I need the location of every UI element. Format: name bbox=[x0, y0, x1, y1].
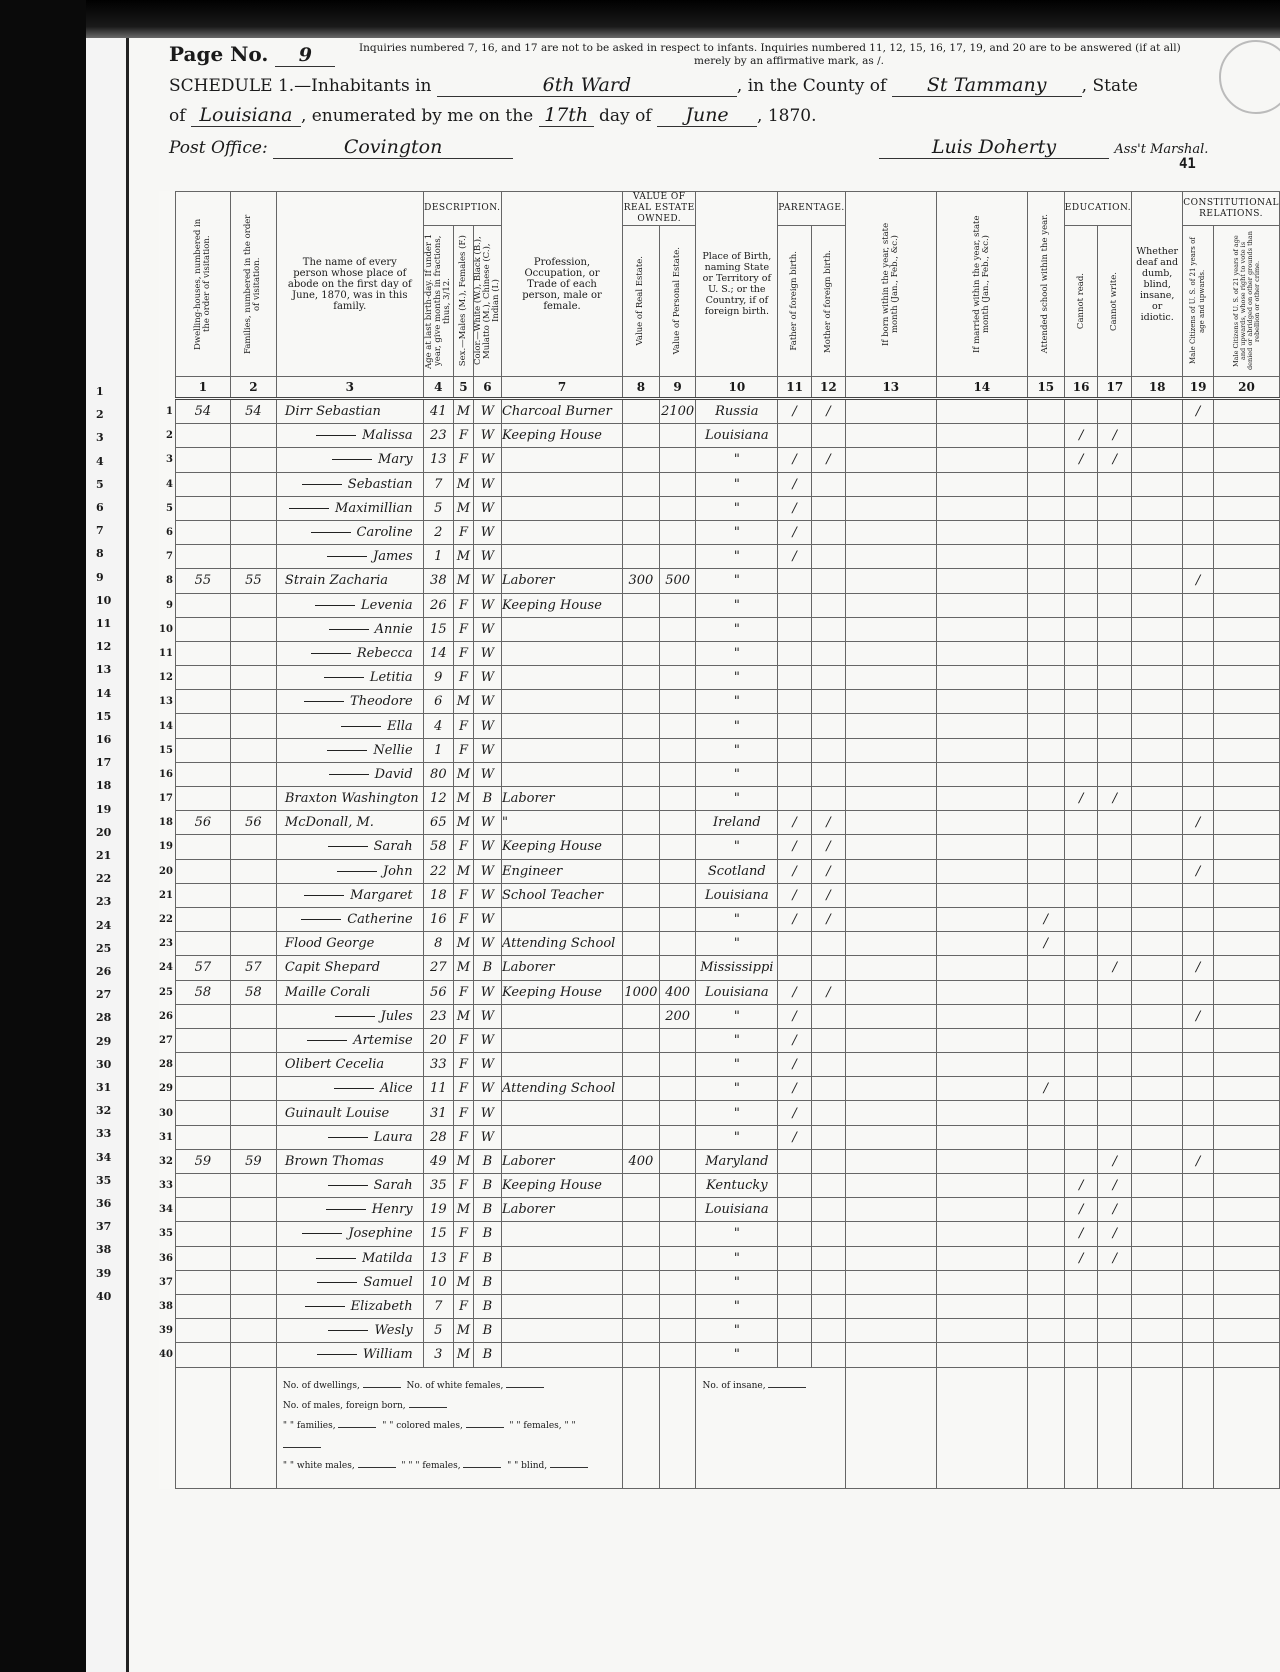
vote-denied-mark bbox=[1214, 569, 1280, 593]
table-row: 39Wesly5MB" bbox=[159, 1319, 1280, 1343]
married-within-year bbox=[936, 641, 1027, 665]
born-within-year bbox=[845, 835, 936, 859]
family-number bbox=[230, 714, 276, 738]
mother-foreign-mark: / bbox=[812, 883, 846, 907]
married-within-year bbox=[936, 399, 1027, 424]
vote-denied-mark bbox=[1214, 1198, 1280, 1222]
mother-foreign-mark bbox=[812, 1294, 846, 1318]
age: 11 bbox=[423, 1077, 453, 1101]
cannot-read-mark bbox=[1064, 472, 1098, 496]
ditto-dash bbox=[327, 750, 367, 751]
person-name: Laura bbox=[276, 1125, 423, 1149]
age: 15 bbox=[423, 617, 453, 641]
family-number bbox=[230, 1343, 276, 1367]
personal-estate-value: 200 bbox=[659, 1004, 696, 1028]
cannot-read-mark bbox=[1064, 569, 1098, 593]
male-citizen-mark bbox=[1183, 1222, 1214, 1246]
attended-school-mark bbox=[1027, 690, 1064, 714]
personal-estate-value bbox=[659, 1028, 696, 1052]
personal-estate-value: 400 bbox=[659, 980, 696, 1004]
father-foreign-mark: / bbox=[778, 1125, 812, 1149]
real-estate-value bbox=[623, 496, 660, 520]
dwelling-number bbox=[175, 1053, 230, 1077]
person-name: Alice bbox=[276, 1077, 423, 1101]
division-field: 6th Ward bbox=[437, 74, 737, 97]
father-foreign-mark bbox=[778, 1343, 812, 1367]
married-within-year bbox=[936, 932, 1027, 956]
age: 6 bbox=[423, 690, 453, 714]
mother-foreign-mark bbox=[812, 545, 846, 569]
ditto-dash bbox=[341, 726, 381, 727]
header-dwelling: Dwelling-houses, numbered in the order o… bbox=[175, 192, 230, 377]
ditto-dash bbox=[328, 846, 368, 847]
column-number: 15 bbox=[1027, 377, 1064, 399]
sex: M bbox=[453, 399, 473, 424]
personal-estate-value bbox=[659, 714, 696, 738]
occupation bbox=[501, 496, 622, 520]
father-foreign-mark bbox=[778, 1246, 812, 1270]
disability bbox=[1132, 738, 1183, 762]
sex: M bbox=[453, 932, 473, 956]
occupation bbox=[501, 1246, 622, 1270]
mother-foreign-mark bbox=[812, 738, 846, 762]
post-office-field: Covington bbox=[273, 136, 513, 159]
margin-line-number: 22 bbox=[96, 872, 111, 885]
real-estate-value bbox=[623, 811, 660, 835]
column-number: 6 bbox=[473, 377, 501, 399]
real-estate-value bbox=[623, 1077, 660, 1101]
binding-margin: 1234567891011121314151617181920212223242… bbox=[86, 38, 129, 1672]
born-within-year bbox=[845, 399, 936, 424]
margin-line-number: 24 bbox=[96, 919, 111, 932]
line-number: 13 bbox=[159, 690, 175, 714]
family-number bbox=[230, 1125, 276, 1149]
male-citizen-mark bbox=[1183, 1294, 1214, 1318]
male-citizen-mark bbox=[1183, 641, 1214, 665]
sex: M bbox=[453, 762, 473, 786]
real-estate-value bbox=[623, 738, 660, 762]
vote-denied-mark bbox=[1214, 1149, 1280, 1173]
occupation bbox=[501, 1125, 622, 1149]
birthplace: " bbox=[696, 641, 778, 665]
column-number: 20 bbox=[1214, 377, 1280, 399]
born-within-year bbox=[845, 472, 936, 496]
color: W bbox=[473, 1077, 501, 1101]
disability bbox=[1132, 762, 1183, 786]
disability bbox=[1132, 1294, 1183, 1318]
person-name-text: Mary bbox=[378, 452, 413, 467]
cannot-write-mark bbox=[1098, 569, 1132, 593]
ditto-dash bbox=[304, 701, 344, 702]
sex: F bbox=[453, 1077, 473, 1101]
county-label: , in the County of bbox=[737, 76, 886, 96]
vote-denied-mark bbox=[1214, 1174, 1280, 1198]
column-number: 4 bbox=[423, 377, 453, 399]
person-name-text: Rebecca bbox=[357, 646, 413, 661]
born-within-year bbox=[845, 593, 936, 617]
label-colored-females: " " " females, bbox=[401, 1456, 460, 1476]
real-estate-value bbox=[623, 1101, 660, 1125]
occupation: Laborer bbox=[501, 956, 622, 980]
person-name: Mary bbox=[276, 448, 423, 472]
born-within-year bbox=[845, 738, 936, 762]
married-within-year bbox=[936, 1246, 1027, 1270]
dwelling-number bbox=[175, 1270, 230, 1294]
person-name-text: John bbox=[383, 864, 413, 879]
cannot-write-mark bbox=[1098, 859, 1132, 883]
color: W bbox=[473, 714, 501, 738]
cannot-read-mark bbox=[1064, 399, 1098, 424]
sex: F bbox=[453, 520, 473, 544]
father-foreign-mark bbox=[778, 1319, 812, 1343]
real-estate-value bbox=[623, 1028, 660, 1052]
mother-foreign-mark bbox=[812, 1174, 846, 1198]
person-name-text: Theodore bbox=[350, 694, 413, 709]
ditto-dash bbox=[302, 1233, 342, 1234]
age: 19 bbox=[423, 1198, 453, 1222]
person-name-text: Laura bbox=[374, 1130, 413, 1145]
personal-estate-value bbox=[659, 738, 696, 762]
personal-estate-value bbox=[659, 472, 696, 496]
birthplace: " bbox=[696, 907, 778, 931]
family-number bbox=[230, 1294, 276, 1318]
disability bbox=[1132, 496, 1183, 520]
cannot-write-mark bbox=[1098, 835, 1132, 859]
line-number: 33 bbox=[159, 1174, 175, 1198]
dwelling-number bbox=[175, 690, 230, 714]
attended-school-mark bbox=[1027, 424, 1064, 448]
cannot-write-mark bbox=[1098, 1343, 1132, 1367]
family-number bbox=[230, 787, 276, 811]
color: B bbox=[473, 1294, 501, 1318]
father-foreign-mark bbox=[778, 1222, 812, 1246]
person-name-text: Wesly bbox=[374, 1323, 412, 1338]
born-within-year bbox=[845, 1101, 936, 1125]
married-within-year bbox=[936, 762, 1027, 786]
disability bbox=[1132, 1077, 1183, 1101]
vote-denied-mark bbox=[1214, 666, 1280, 690]
born-within-year bbox=[845, 980, 936, 1004]
color: W bbox=[473, 666, 501, 690]
sex: M bbox=[453, 1270, 473, 1294]
margin-line-number: 21 bbox=[96, 849, 111, 862]
birthplace: " bbox=[696, 520, 778, 544]
line-number: 27 bbox=[159, 1028, 175, 1052]
instructions-line-1: Inquiries numbered 7, 16, and 17 are not… bbox=[359, 42, 1181, 54]
real-estate-value bbox=[623, 593, 660, 617]
father-foreign-mark bbox=[778, 762, 812, 786]
attended-school-mark: / bbox=[1027, 907, 1064, 931]
cannot-write-mark bbox=[1098, 666, 1132, 690]
person-name: Henry bbox=[276, 1198, 423, 1222]
margin-line-number: 13 bbox=[96, 663, 111, 676]
male-citizen-mark: / bbox=[1183, 399, 1214, 424]
dwelling-number bbox=[175, 617, 230, 641]
line-number: 15 bbox=[159, 738, 175, 762]
line-number: 40 bbox=[159, 1343, 175, 1367]
family-number bbox=[230, 545, 276, 569]
cannot-read-mark bbox=[1064, 932, 1098, 956]
birthplace: Ireland bbox=[696, 811, 778, 835]
father-foreign-mark bbox=[778, 424, 812, 448]
disability bbox=[1132, 1125, 1183, 1149]
ditto-dash bbox=[329, 774, 369, 775]
occupation bbox=[501, 545, 622, 569]
cannot-read-mark bbox=[1064, 835, 1098, 859]
color: W bbox=[473, 859, 501, 883]
table-row: 40William3MB" bbox=[159, 1343, 1280, 1367]
dwelling-number bbox=[175, 641, 230, 665]
real-estate-value bbox=[623, 1246, 660, 1270]
occupation bbox=[501, 1222, 622, 1246]
color: W bbox=[473, 883, 501, 907]
person-name: Maximillian bbox=[276, 496, 423, 520]
disability bbox=[1132, 787, 1183, 811]
occupation bbox=[501, 714, 622, 738]
color: W bbox=[473, 738, 501, 762]
cannot-read-mark bbox=[1064, 1004, 1098, 1028]
sex: F bbox=[453, 835, 473, 859]
dwelling-number bbox=[175, 883, 230, 907]
disability bbox=[1132, 1198, 1183, 1222]
born-within-year bbox=[845, 1028, 936, 1052]
county-field: St Tammany bbox=[892, 74, 1082, 97]
margin-line-number: 37 bbox=[96, 1220, 111, 1233]
born-within-year bbox=[845, 569, 936, 593]
header-color: Color.—White (W.), Black (B.), Mulatto (… bbox=[473, 226, 501, 377]
age: 31 bbox=[423, 1101, 453, 1125]
color: W bbox=[473, 472, 501, 496]
person-name-text: Elizabeth bbox=[351, 1299, 413, 1314]
line-number: 2 bbox=[159, 424, 175, 448]
cannot-read-mark bbox=[1064, 1343, 1098, 1367]
person-name: Sarah bbox=[276, 835, 423, 859]
margin-line-number: 29 bbox=[96, 1035, 111, 1048]
cannot-write-mark bbox=[1098, 641, 1132, 665]
census-table: Dwelling-houses, numbered in the order o… bbox=[159, 191, 1280, 1489]
cannot-read-mark bbox=[1064, 1077, 1098, 1101]
dwelling-number bbox=[175, 472, 230, 496]
vote-denied-mark bbox=[1214, 738, 1280, 762]
margin-line-number: 16 bbox=[96, 733, 111, 746]
father-foreign-mark: / bbox=[778, 859, 812, 883]
color: B bbox=[473, 956, 501, 980]
family-number: 54 bbox=[230, 399, 276, 424]
margin-line-number: 18 bbox=[96, 779, 111, 792]
table-row: 11Rebecca14FW" bbox=[159, 641, 1280, 665]
person-name-text: James bbox=[373, 549, 413, 564]
family-number bbox=[230, 1174, 276, 1198]
father-foreign-mark bbox=[778, 1294, 812, 1318]
dwelling-number bbox=[175, 1028, 230, 1052]
cannot-read-mark bbox=[1064, 883, 1098, 907]
father-foreign-mark: / bbox=[778, 1028, 812, 1052]
ditto-dash bbox=[328, 1137, 368, 1138]
cannot-read-mark bbox=[1064, 617, 1098, 641]
mother-foreign-mark bbox=[812, 641, 846, 665]
cannot-write-mark bbox=[1098, 1294, 1132, 1318]
mother-foreign-mark bbox=[812, 496, 846, 520]
age: 27 bbox=[423, 956, 453, 980]
mother-foreign-mark bbox=[812, 1004, 846, 1028]
born-within-year bbox=[845, 424, 936, 448]
attended-school-mark bbox=[1027, 1028, 1064, 1052]
family-number bbox=[230, 641, 276, 665]
occupation bbox=[501, 1004, 622, 1028]
birthplace: Scotland bbox=[696, 859, 778, 883]
margin-line-number: 2 bbox=[96, 408, 104, 421]
person-name: Caroline bbox=[276, 520, 423, 544]
father-foreign-mark: / bbox=[778, 545, 812, 569]
cannot-write-mark bbox=[1098, 811, 1132, 835]
sex: F bbox=[453, 1174, 473, 1198]
family-number: 56 bbox=[230, 811, 276, 835]
age: 13 bbox=[423, 1246, 453, 1270]
birthplace: " bbox=[696, 738, 778, 762]
vote-denied-mark bbox=[1214, 835, 1280, 859]
disability bbox=[1132, 1174, 1183, 1198]
attended-school-mark bbox=[1027, 1270, 1064, 1294]
dwelling-number bbox=[175, 1246, 230, 1270]
occupation bbox=[501, 520, 622, 544]
sex: F bbox=[453, 1101, 473, 1125]
cannot-read-mark bbox=[1064, 496, 1098, 520]
line-number: 17 bbox=[159, 787, 175, 811]
family-number bbox=[230, 520, 276, 544]
line-number: 31 bbox=[159, 1125, 175, 1149]
age: 2 bbox=[423, 520, 453, 544]
person-name: Olibert Cecelia bbox=[276, 1053, 423, 1077]
cannot-read-mark bbox=[1064, 762, 1098, 786]
personal-estate-value bbox=[659, 811, 696, 835]
disability bbox=[1132, 714, 1183, 738]
disability bbox=[1132, 835, 1183, 859]
census-rows: 15454Dirr Sebastian41MWCharcoal Burner21… bbox=[159, 399, 1280, 1368]
vote-denied-mark bbox=[1214, 472, 1280, 496]
personal-estate-value bbox=[659, 617, 696, 641]
label-females-foreign: " " females, " " bbox=[509, 1416, 575, 1436]
color: B bbox=[473, 1198, 501, 1222]
dwelling-number bbox=[175, 835, 230, 859]
color: W bbox=[473, 932, 501, 956]
person-name-text: Strain Zacharia bbox=[285, 573, 388, 588]
line-number: 11 bbox=[159, 641, 175, 665]
married-within-year bbox=[936, 859, 1027, 883]
mother-foreign-mark bbox=[812, 593, 846, 617]
birthplace: " bbox=[696, 1343, 778, 1367]
birthplace: " bbox=[696, 1294, 778, 1318]
real-estate-value bbox=[623, 1319, 660, 1343]
attended-school-mark bbox=[1027, 520, 1064, 544]
line-number: 8 bbox=[159, 569, 175, 593]
family-number bbox=[230, 1101, 276, 1125]
vote-denied-mark bbox=[1214, 424, 1280, 448]
color: W bbox=[473, 593, 501, 617]
cannot-read-mark bbox=[1064, 666, 1098, 690]
dwelling-number: 57 bbox=[175, 956, 230, 980]
male-citizen-mark: / bbox=[1183, 811, 1214, 835]
father-foreign-mark: / bbox=[778, 835, 812, 859]
birthplace: " bbox=[696, 1246, 778, 1270]
married-within-year bbox=[936, 1294, 1027, 1318]
real-estate-value bbox=[623, 1004, 660, 1028]
line-number: 32 bbox=[159, 1149, 175, 1173]
ditto-dash bbox=[317, 1354, 357, 1355]
sheet-number: 41 bbox=[1179, 156, 1196, 172]
table-row: 15Nellie1FW" bbox=[159, 738, 1280, 762]
mother-foreign-mark: / bbox=[812, 907, 846, 931]
ditto-dash bbox=[316, 435, 356, 436]
header-vote-denied: Male Citizens of U. S. of 21 years of ag… bbox=[1214, 226, 1280, 377]
table-row: 5Maximillian5MW"/ bbox=[159, 496, 1280, 520]
sex: M bbox=[453, 1198, 473, 1222]
schedule-label: SCHEDULE 1.—Inhabitants in bbox=[169, 76, 432, 96]
table-row: 19Sarah58FWKeeping House"// bbox=[159, 835, 1280, 859]
person-name: Flood George bbox=[276, 932, 423, 956]
occupation bbox=[501, 1053, 622, 1077]
enumeration-line: of Louisiana, enumerated by me on the 17… bbox=[169, 104, 817, 127]
column-number: 18 bbox=[1132, 377, 1183, 399]
person-name-text: Sarah bbox=[374, 839, 413, 854]
occupation: Attending School bbox=[501, 932, 622, 956]
cannot-write-mark: / bbox=[1098, 956, 1132, 980]
cannot-write-mark: / bbox=[1098, 424, 1132, 448]
personal-estate-value bbox=[659, 545, 696, 569]
ditto-dash bbox=[326, 1209, 366, 1210]
cannot-read-mark: / bbox=[1064, 424, 1098, 448]
sex: M bbox=[453, 1343, 473, 1367]
family-number bbox=[230, 666, 276, 690]
real-estate-value: 400 bbox=[623, 1149, 660, 1173]
attended-school-mark bbox=[1027, 617, 1064, 641]
personal-estate-value bbox=[659, 448, 696, 472]
disability bbox=[1132, 1319, 1183, 1343]
cannot-write-mark: / bbox=[1098, 1222, 1132, 1246]
birthplace: Mississippi bbox=[696, 956, 778, 980]
occupation bbox=[501, 1028, 622, 1052]
ditto-dash bbox=[329, 629, 369, 630]
person-name-text: Alice bbox=[380, 1081, 413, 1096]
page-number-label: Page No. bbox=[169, 42, 268, 66]
age: 33 bbox=[423, 1053, 453, 1077]
real-estate-value bbox=[623, 714, 660, 738]
header-sex: Sex.—Males (M.), Females (F.) bbox=[453, 226, 473, 377]
table-row: 38Elizabeth7FB" bbox=[159, 1294, 1280, 1318]
table-row: 37Samuel10MB" bbox=[159, 1270, 1280, 1294]
label-males-foreign: No. of males, foreign born, bbox=[283, 1396, 406, 1416]
mother-foreign-mark bbox=[812, 714, 846, 738]
instructions-line-2: merely by an affirmative mark, as /. bbox=[359, 55, 1219, 68]
line-number: 6 bbox=[159, 520, 175, 544]
real-estate-value bbox=[623, 545, 660, 569]
mother-foreign-mark: / bbox=[812, 980, 846, 1004]
margin-line-number: 33 bbox=[96, 1127, 111, 1140]
person-name: Wesly bbox=[276, 1319, 423, 1343]
birthplace: " bbox=[696, 714, 778, 738]
person-name-text: Sarah bbox=[374, 1178, 413, 1193]
father-foreign-mark: / bbox=[778, 496, 812, 520]
ditto-dash bbox=[305, 1306, 345, 1307]
born-within-year bbox=[845, 496, 936, 520]
disability bbox=[1132, 545, 1183, 569]
male-citizen-mark: / bbox=[1183, 1149, 1214, 1173]
mother-foreign-mark bbox=[812, 1343, 846, 1367]
table-row: 15454Dirr Sebastian41MWCharcoal Burner21… bbox=[159, 399, 1280, 424]
dwelling-number bbox=[175, 762, 230, 786]
born-within-year bbox=[845, 1198, 936, 1222]
personal-estate-value bbox=[659, 859, 696, 883]
disability bbox=[1132, 980, 1183, 1004]
